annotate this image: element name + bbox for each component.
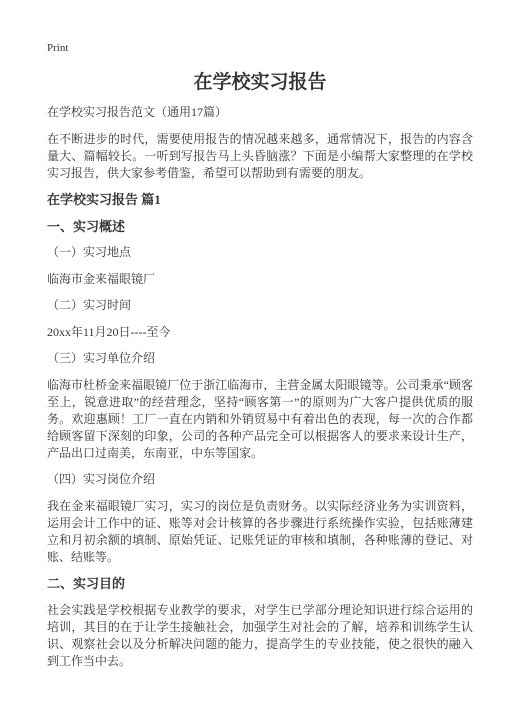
company-paragraph: 临海市杜桥金来福眼镜厂位于浙江临海市，主营金属太阳眼镜等。公司秉承“顾客至上，锐…: [47, 377, 473, 462]
location-text: 临海市金来福眼镜厂: [47, 271, 473, 288]
section-heading-purpose: 二、实习目的: [47, 575, 473, 592]
intro-paragraph: 在不断进步的时代，需要使用报告的情况越来越多，通常情况下，报告的内容含量大、篇幅…: [47, 131, 473, 182]
section-heading-overview: 一、实习概述: [47, 218, 473, 235]
subheading-company: （三）实习单位介绍: [47, 350, 473, 367]
time-text: 20xx年11月20日----至今: [47, 324, 473, 341]
position-paragraph: 我在金来福眼镜厂实习，实习的岗位是负责财务。以实际经济业务为实训资料，运用会计工…: [47, 498, 473, 566]
subtitle-line: 在学校实习报告范文（通用17篇）: [47, 104, 473, 121]
section-heading-part1: 在学校实习报告 篇1: [47, 191, 473, 208]
document-body: 在学校实习报告范文（通用17篇） 在不断进步的时代，需要使用报告的情况越来越多，…: [47, 104, 473, 670]
subheading-position: （四）实习岗位介绍: [47, 471, 473, 488]
subheading-time: （二）实习时间: [47, 297, 473, 314]
document-page: Print 在学校实习报告 在学校实习报告范文（通用17篇） 在不断进步的时代，…: [0, 0, 520, 718]
subheading-location: （一）实习地点: [47, 244, 473, 261]
document-title: 在学校实习报告: [47, 70, 473, 95]
print-link[interactable]: Print: [47, 41, 68, 55]
purpose-paragraph: 社会实践是学校根据专业教学的要求，对学生已学部分理论知识进行综合运用的培训，其目…: [47, 602, 473, 670]
